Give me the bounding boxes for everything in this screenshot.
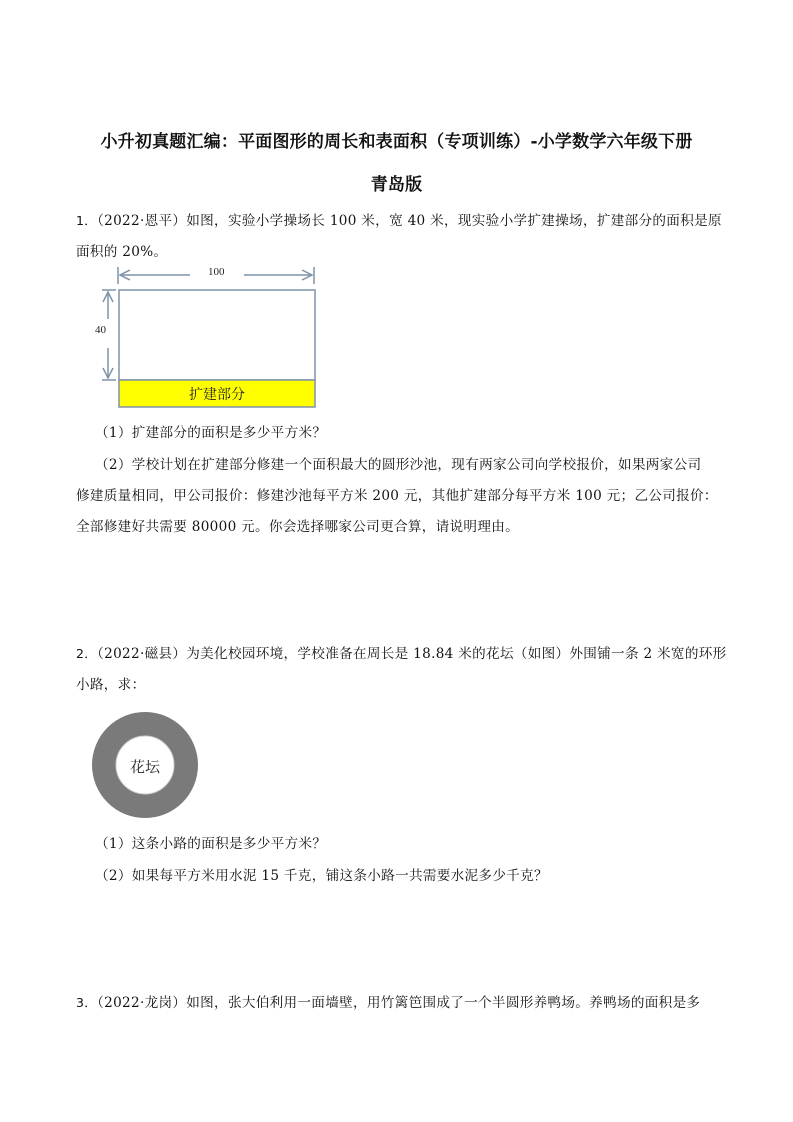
question-2-sub-1: （1）这条小路的面积是多少平方米？	[95, 832, 326, 852]
question-1-stem-cont: 面积的 20%。	[76, 240, 167, 260]
extension-label: 扩建部分	[119, 384, 315, 404]
question-number: 3．	[76, 995, 97, 1010]
question-number: 2．	[76, 646, 97, 661]
document-subtitle: 青岛版	[0, 170, 793, 195]
question-2-stem-cont: 小路，求：	[76, 673, 145, 693]
question-2-sub-2: （2）如果每平方米用水泥 15 千克，铺这条小路一共需要水泥多少千克？	[95, 864, 548, 884]
question-number: 1．	[76, 213, 97, 228]
question-source: （2022·恩平）	[97, 213, 186, 229]
flowerbed-ring-diagram: 花坛	[90, 710, 200, 820]
question-1-sub-2: （2）学校计划在扩建部分修建一个面积最大的圆形沙池，现有两家公司向学校报价，如果…	[95, 453, 701, 473]
question-source: （2022·龙岗）	[97, 995, 186, 1011]
document-title: 小升初真题汇编：平面图形的周长和表面积（专项训练）-小学数学六年级下册	[0, 127, 793, 152]
flowerbed-label: 花坛	[90, 756, 200, 777]
question-3-stem: 3．（2022·龙岗）如图，张大伯利用一面墙壁，用竹篱笆围成了一个半圆形养鸭场。…	[76, 991, 700, 1011]
question-1-sub-2-cont2: 全部修建好共需要 80000 元。你会选择哪家公司更合算，请说明理由。	[76, 515, 519, 535]
question-1-stem: 1．（2022·恩平）如图，实验小学操场长 100 米，宽 40 米，现实验小学…	[76, 209, 722, 229]
question-2-stem: 2．（2022·磁县）为美化校园环境，学校准备在周长是 18.84 米的花坛（如…	[76, 642, 727, 662]
width-label: 40	[95, 324, 106, 336]
question-1-sub-1: （1）扩建部分的面积是多少平方米？	[95, 421, 326, 441]
question-source: （2022·磁县）	[97, 646, 186, 662]
length-label: 100	[208, 266, 225, 278]
playground-diagram: 100 40 扩建部分	[92, 264, 332, 414]
question-1-sub-2-cont: 修建质量相同，甲公司报价：修建沙池每平方米 200 元，其他扩建部分每平方米 1…	[76, 484, 718, 504]
